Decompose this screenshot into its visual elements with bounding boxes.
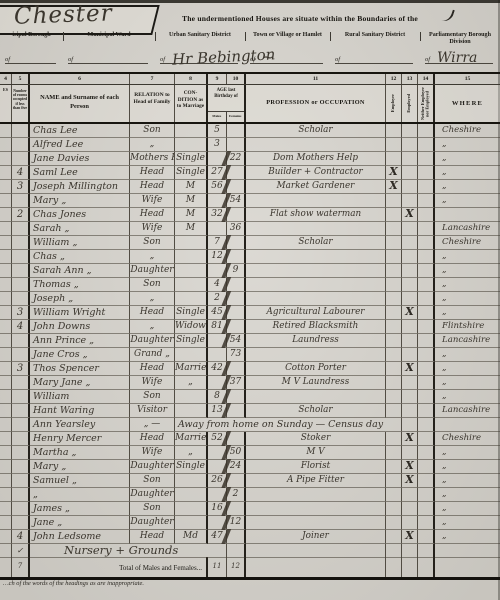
- houses-cell: [0, 208, 12, 222]
- column-number: 4: [0, 74, 12, 84]
- age-male-cell: 5: [208, 124, 227, 138]
- houses-cell: [0, 390, 12, 404]
- where-born-cell: „: [435, 474, 500, 488]
- relation-cell: Head: [130, 306, 175, 320]
- cell-empty: [386, 557, 402, 577]
- employer-mark-cell: [386, 236, 402, 250]
- neither-mark-cell: [418, 320, 435, 334]
- condition-cell: [175, 264, 208, 278]
- employer-mark-cell: [386, 320, 402, 334]
- census-row: 3William WrightHeadSingle45Agricultural …: [0, 306, 500, 320]
- census-row: Chas LeeSon5ScholarCheshire: [0, 124, 500, 138]
- census-table: 456789101112131415 ES Number of rooms oc…: [0, 72, 500, 580]
- total-label: Total of Males and Females...: [30, 557, 208, 577]
- census-row: 4Saml LeeHeadSingle27Builder + Contracto…: [0, 166, 500, 180]
- age-female-cell: 36: [227, 222, 246, 236]
- houses-cell: [0, 362, 12, 376]
- relation-cell: Head: [130, 362, 175, 376]
- cell-empty: [435, 544, 500, 558]
- condition-cell: M: [175, 180, 208, 194]
- relation-cell: Mothers Help: [130, 152, 175, 166]
- schedule-number-cell: 3: [12, 180, 30, 194]
- census-row: „Daughter2„: [0, 488, 500, 502]
- where-born-cell: „: [435, 250, 500, 264]
- schedule-number-cell: [12, 264, 30, 278]
- employed-mark-cell: [402, 292, 418, 306]
- employed-mark-cell: [402, 194, 418, 208]
- name-cell: Thos Spencer: [30, 362, 130, 376]
- occupation-cell: Cotton Porter: [246, 362, 386, 376]
- condition-cell: [175, 138, 208, 152]
- relation-cell: Wife: [130, 222, 175, 236]
- name-cell: Jane „: [30, 516, 130, 530]
- schedule-number-cell: 4: [12, 166, 30, 180]
- name-cell: Joseph Millington: [30, 180, 130, 194]
- census-row: Ann Prince „DaughterSingle54LaundressLan…: [0, 334, 500, 348]
- employer-mark-cell: [386, 348, 402, 362]
- occupation-cell: Scholar: [246, 124, 386, 138]
- neither-mark-cell: [418, 488, 435, 502]
- census-row: Mary „WifeM54„: [0, 194, 500, 208]
- column-number: 10: [227, 74, 246, 84]
- where-born-cell: „: [435, 166, 500, 180]
- neither-mark-cell: [418, 334, 435, 348]
- schedule-number-cell: 3: [12, 362, 30, 376]
- away-note-span: Away from home on Sunday — Census day: [175, 418, 386, 432]
- census-row: Ann Yearsley„ —Away from home on Sunday …: [0, 418, 500, 432]
- cell-empty: [0, 557, 12, 577]
- houses-cell: [0, 418, 12, 432]
- houses-cell: [0, 124, 12, 138]
- census-row: Mary „DaughterSingle24FloristX„: [0, 460, 500, 474]
- district-field: icipal Boroughof: [0, 27, 63, 71]
- age-male-cell: 52: [208, 432, 227, 446]
- employed-mark-cell: [402, 180, 418, 194]
- occupation-cell: A Pipe Fitter: [246, 474, 386, 488]
- age-female-cell: [227, 404, 246, 418]
- name-cell: Henry Mercer: [30, 432, 130, 446]
- census-row: James „Son16„: [0, 502, 500, 516]
- condition-cell: [175, 502, 208, 516]
- age-male-cell: [208, 446, 227, 460]
- age-male-cell: 42: [208, 362, 227, 376]
- schedule-number-cell: [12, 236, 30, 250]
- age-male-cell: 26: [208, 474, 227, 488]
- condition-cell: Single: [175, 152, 208, 166]
- occupation-cell: Scholar: [246, 236, 386, 250]
- name-cell: Jane Cros „: [30, 348, 130, 362]
- age-female-cell: [227, 236, 246, 250]
- census-row: William „Son7ScholarCheshire: [0, 236, 500, 250]
- column-number: 9: [208, 74, 227, 84]
- column-number: 6: [30, 74, 130, 84]
- houses-cell: [0, 236, 12, 250]
- header-age-subcolumns: Males Females: [208, 111, 244, 122]
- houses-cell: [0, 250, 12, 264]
- employed-mark-cell: [402, 502, 418, 516]
- houses-cell: [0, 166, 12, 180]
- neither-mark-cell: [418, 292, 435, 306]
- employed-mark-cell: X: [402, 362, 418, 376]
- employer-mark-cell: [386, 530, 402, 544]
- column-number: 7: [130, 74, 175, 84]
- houses-cell: [0, 306, 12, 320]
- relation-cell: Daughter: [130, 460, 175, 474]
- employed-mark-cell: [402, 152, 418, 166]
- employer-mark-cell: [386, 516, 402, 530]
- district-field-line: ofWirra: [425, 48, 493, 64]
- schedule-number-cell: [12, 334, 30, 348]
- where-born-cell: „: [435, 530, 500, 544]
- neither-mark-cell: [418, 208, 435, 222]
- age-male-cell: 45: [208, 306, 227, 320]
- district-field-line: of~: [250, 48, 323, 64]
- header-where-born: WHERE: [435, 85, 500, 122]
- continuation-row: ✓ Nursery + Grounds: [0, 544, 500, 557]
- age-male-cell: [208, 516, 227, 530]
- schedule-number-cell: [12, 348, 30, 362]
- census-row: Jane Cros „Grand „73„: [0, 348, 500, 362]
- where-born-cell: „: [435, 460, 500, 474]
- employer-mark-cell: X: [386, 180, 402, 194]
- employer-mark-cell: [386, 278, 402, 292]
- relation-cell: Wife: [130, 446, 175, 460]
- census-row: Mary Jane „Wife„37M V Laundress„: [0, 376, 500, 390]
- name-cell: Joseph „: [30, 292, 130, 306]
- condition-cell: Widower: [175, 320, 208, 334]
- where-born-cell: „: [435, 488, 500, 502]
- where-born-cell: [435, 208, 500, 222]
- employed-mark-cell: X: [402, 460, 418, 474]
- relation-cell: Daughter: [130, 516, 175, 530]
- relation-cell: Son: [130, 390, 175, 404]
- employer-mark-cell: [386, 446, 402, 460]
- relation-cell: Head: [130, 208, 175, 222]
- where-born-cell: „: [435, 362, 500, 376]
- employer-mark-cell: [386, 306, 402, 320]
- name-cell: Ann Yearsley: [30, 418, 130, 432]
- schedule-number-cell: [12, 222, 30, 236]
- district-field-label: Town or Village or Hamlet: [245, 27, 330, 39]
- condition-cell: M: [175, 194, 208, 208]
- age-male-cell: 27: [208, 166, 227, 180]
- occupation-cell: [246, 138, 386, 152]
- age-male-cell: [208, 194, 227, 208]
- age-male-cell: 16: [208, 502, 227, 516]
- employed-mark-cell: [402, 138, 418, 152]
- relation-cell: Daughter: [130, 488, 175, 502]
- schedule-number-cell: [12, 278, 30, 292]
- census-row: Thomas „Son4„: [0, 278, 500, 292]
- employer-mark-cell: [386, 152, 402, 166]
- header-employer: Employer: [386, 85, 402, 122]
- occupation-cell: [246, 348, 386, 362]
- continuation-tick: ✓: [12, 544, 30, 558]
- neither-mark-cell: [418, 236, 435, 250]
- where-born-cell: „: [435, 390, 500, 404]
- cell-empty: [208, 544, 227, 558]
- employer-mark-cell: [386, 432, 402, 446]
- district-field-label: Urban Sanitary District: [155, 27, 245, 39]
- age-female-cell: [227, 502, 246, 516]
- age-female-cell: 9: [227, 264, 246, 278]
- where-born-cell: „: [435, 502, 500, 516]
- census-row: Henry MercerHeadMarried52StokerXCheshire: [0, 432, 500, 446]
- employed-mark-cell: X: [402, 432, 418, 446]
- relation-cell: Head: [130, 180, 175, 194]
- schedule-number-cell: [12, 152, 30, 166]
- neither-mark-cell: [418, 124, 435, 138]
- employer-mark-cell: [386, 292, 402, 306]
- relation-cell: Visitor: [130, 404, 175, 418]
- age-male-cell: 12: [208, 250, 227, 264]
- header-age-title: AGE last Birthday of: [208, 85, 244, 111]
- of-label: of: [160, 56, 165, 63]
- header-name: NAME and Surname of each Person: [30, 85, 130, 122]
- census-row: 2Chas JonesHeadM32Flat show watermanX: [0, 208, 500, 222]
- column-number: 11: [246, 74, 386, 84]
- employed-mark-cell: X: [402, 474, 418, 488]
- name-cell: Mary „: [30, 194, 130, 208]
- neither-mark-cell: [418, 180, 435, 194]
- condition-cell: Married: [175, 432, 208, 446]
- age-male-cell: 47: [208, 530, 227, 544]
- where-born-cell: „: [435, 306, 500, 320]
- houses-cell: [0, 404, 12, 418]
- of-label: of: [250, 56, 255, 63]
- age-female-cell: [227, 390, 246, 404]
- age-female-cell: 73: [227, 348, 246, 362]
- header-age-males: Males: [208, 112, 227, 122]
- condition-cell: Single: [175, 306, 208, 320]
- condition-cell: „: [175, 376, 208, 390]
- age-female-cell: [227, 278, 246, 292]
- employer-mark-cell: [386, 418, 402, 432]
- neither-mark-cell: [418, 432, 435, 446]
- where-born-cell: „: [435, 194, 500, 208]
- where-born-cell: „: [435, 446, 500, 460]
- schedule-number-cell: 4: [12, 530, 30, 544]
- district-field: Rural Sanitary Districtof: [330, 27, 420, 71]
- houses-cell: [0, 264, 12, 278]
- census-row: Samuel „Son26A Pipe FitterX„: [0, 474, 500, 488]
- name-cell: Chas Lee: [30, 124, 130, 138]
- employed-mark-cell: [402, 446, 418, 460]
- employed-mark-cell: [402, 222, 418, 236]
- neither-mark-cell: [418, 194, 435, 208]
- relation-cell: Son: [130, 236, 175, 250]
- schedule-number-cell: [12, 124, 30, 138]
- where-born-cell: Lancashire: [435, 222, 500, 236]
- header-houses-fragment: ES: [0, 85, 12, 122]
- employer-mark-cell: [386, 138, 402, 152]
- name-cell: „: [30, 488, 130, 502]
- houses-cell: [0, 138, 12, 152]
- occupation-cell: [246, 488, 386, 502]
- name-cell: Chas „: [30, 250, 130, 264]
- occupation-cell: [246, 194, 386, 208]
- condition-cell: [175, 278, 208, 292]
- census-row: Martha „Wife„50M V„: [0, 446, 500, 460]
- condition-cell: M: [175, 222, 208, 236]
- condition-cell: Single: [175, 460, 208, 474]
- schedule-number-cell: [12, 446, 30, 460]
- district-field-value: ~: [262, 50, 274, 66]
- occupation-cell: Dom Mothers Help: [246, 152, 386, 166]
- age-female-cell: 2: [227, 488, 246, 502]
- age-female-cell: [227, 320, 246, 334]
- district-field-line: ofHr Bebington: [160, 48, 238, 64]
- where-born-cell: Cheshire: [435, 236, 500, 250]
- employer-mark-cell: X: [386, 166, 402, 180]
- age-female-cell: [227, 166, 246, 180]
- age-female-cell: 12: [227, 516, 246, 530]
- name-cell: John Ledsome: [30, 530, 130, 544]
- employed-mark-cell: [402, 348, 418, 362]
- age-female-cell: [227, 474, 246, 488]
- occupation-cell: [246, 390, 386, 404]
- cell-empty: [435, 557, 500, 577]
- district-field-line: of: [335, 48, 413, 64]
- total-females: 12: [227, 557, 246, 577]
- houses-cell: [0, 460, 12, 474]
- form-heading: The undermentioned Houses are situate wi…: [110, 14, 490, 23]
- cell-empty: [418, 557, 435, 577]
- district-field: Urban Sanitary DistrictofHr Bebington: [155, 27, 245, 71]
- column-number: 14: [418, 74, 435, 84]
- relation-cell: Wife: [130, 376, 175, 390]
- census-row: Sarah Ann „Daughter9„: [0, 264, 500, 278]
- census-row: WilliamSon8„: [0, 390, 500, 404]
- occupation-cell: [246, 250, 386, 264]
- census-row: Chas „„12„: [0, 250, 500, 264]
- header-neither: Neither Employer nor Employed: [418, 85, 435, 122]
- schedule-number-cell: [12, 488, 30, 502]
- name-cell: Jane Davies: [30, 152, 130, 166]
- schedule-number-cell: [12, 432, 30, 446]
- employer-mark-cell: [386, 334, 402, 348]
- neither-mark-cell: [418, 418, 435, 432]
- employer-mark-cell: [386, 264, 402, 278]
- employer-mark-cell: [386, 376, 402, 390]
- neither-mark-cell: [418, 152, 435, 166]
- schedule-number-cell: [12, 376, 30, 390]
- header-age: AGE last Birthday of Males Females: [208, 85, 246, 122]
- census-rows: Chas LeeSon5ScholarCheshireAlfred Lee„3„…: [0, 124, 500, 544]
- employer-mark-cell: [386, 502, 402, 516]
- where-born-cell: „: [435, 138, 500, 152]
- of-label: of: [425, 56, 430, 63]
- census-row: 3Joseph MillingtonHeadM56Market Gardener…: [0, 180, 500, 194]
- occupation-cell: Market Gardener: [246, 180, 386, 194]
- houses-cell: [0, 488, 12, 502]
- houses-cell: [0, 320, 12, 334]
- houses-cell: [0, 194, 12, 208]
- census-row: 3Thos SpencerHeadMarried42Cotton PorterX…: [0, 362, 500, 376]
- employer-mark-cell: [386, 222, 402, 236]
- district-field-label: Rural Sanitary District: [330, 27, 420, 39]
- district-field: Municipal Wardof: [63, 27, 155, 71]
- employed-mark-cell: [402, 404, 418, 418]
- schedule-number-cell: [12, 474, 30, 488]
- where-born-cell: „: [435, 180, 500, 194]
- houses-cell: [0, 502, 12, 516]
- of-label: of: [5, 56, 10, 63]
- column-number: 12: [386, 74, 402, 84]
- age-female-cell: 24: [227, 460, 246, 474]
- employer-mark-cell: [386, 488, 402, 502]
- name-cell: Samuel „: [30, 474, 130, 488]
- schedule-number-cell: [12, 516, 30, 530]
- where-born-cell: Lancashire: [435, 334, 500, 348]
- name-cell: John Downs: [30, 320, 130, 334]
- schedule-number-cell: [12, 460, 30, 474]
- header-rooms: Number of rooms occupied if less than fi…: [12, 85, 30, 122]
- age-male-cell: [208, 376, 227, 390]
- age-male-cell: [208, 460, 227, 474]
- schedule-number-cell: 2: [12, 208, 30, 222]
- relation-cell: „: [130, 292, 175, 306]
- name-cell: Saml Lee: [30, 166, 130, 180]
- age-female-cell: [227, 362, 246, 376]
- condition-cell: [175, 488, 208, 502]
- houses-cell: [0, 376, 12, 390]
- employed-mark-cell: [402, 376, 418, 390]
- name-cell: William „: [30, 236, 130, 250]
- age-female-cell: [227, 138, 246, 152]
- occupation-cell: Flat show waterman: [246, 208, 386, 222]
- where-born-cell: „: [435, 292, 500, 306]
- name-cell: Mary Jane „: [30, 376, 130, 390]
- occupation-cell: [246, 222, 386, 236]
- age-male-cell: 2: [208, 292, 227, 306]
- age-male-cell: 32: [208, 208, 227, 222]
- employer-mark-cell: [386, 404, 402, 418]
- where-born-cell: Cheshire: [435, 432, 500, 446]
- column-number: 8: [175, 74, 208, 84]
- relation-cell: Son: [130, 278, 175, 292]
- houses-cell: [0, 516, 12, 530]
- census-row: Hant WaringVisitor13ScholarLancashire: [0, 404, 500, 418]
- relation-cell: Grand „: [130, 348, 175, 362]
- total-males: 11: [208, 557, 227, 577]
- cell-empty: [386, 544, 402, 558]
- occupation-cell: [246, 264, 386, 278]
- neither-mark-cell: [418, 250, 435, 264]
- age-female-cell: 50: [227, 446, 246, 460]
- condition-cell: [175, 516, 208, 530]
- age-female-cell: 37: [227, 376, 246, 390]
- age-male-cell: [208, 348, 227, 362]
- age-male-cell: [208, 264, 227, 278]
- schedule-number-cell: [12, 292, 30, 306]
- age-male-cell: 56: [208, 180, 227, 194]
- schedule-number-cell: [12, 138, 30, 152]
- schedule-number-cell: [12, 502, 30, 516]
- schedule-number-cell: [12, 418, 30, 432]
- census-row: Sarah „WifeM36Lancashire: [0, 222, 500, 236]
- totals-row: 7 Total of Males and Females... 11 12: [0, 557, 500, 580]
- relation-cell: „: [130, 320, 175, 334]
- name-cell: Sarah Ann „: [30, 264, 130, 278]
- where-born-cell: „: [435, 348, 500, 362]
- cell-empty: [0, 544, 12, 558]
- census-row: Joseph „„2„: [0, 292, 500, 306]
- cell-empty: [227, 544, 246, 558]
- age-female-cell: [227, 306, 246, 320]
- employed-mark-cell: [402, 264, 418, 278]
- neither-mark-cell: [418, 222, 435, 236]
